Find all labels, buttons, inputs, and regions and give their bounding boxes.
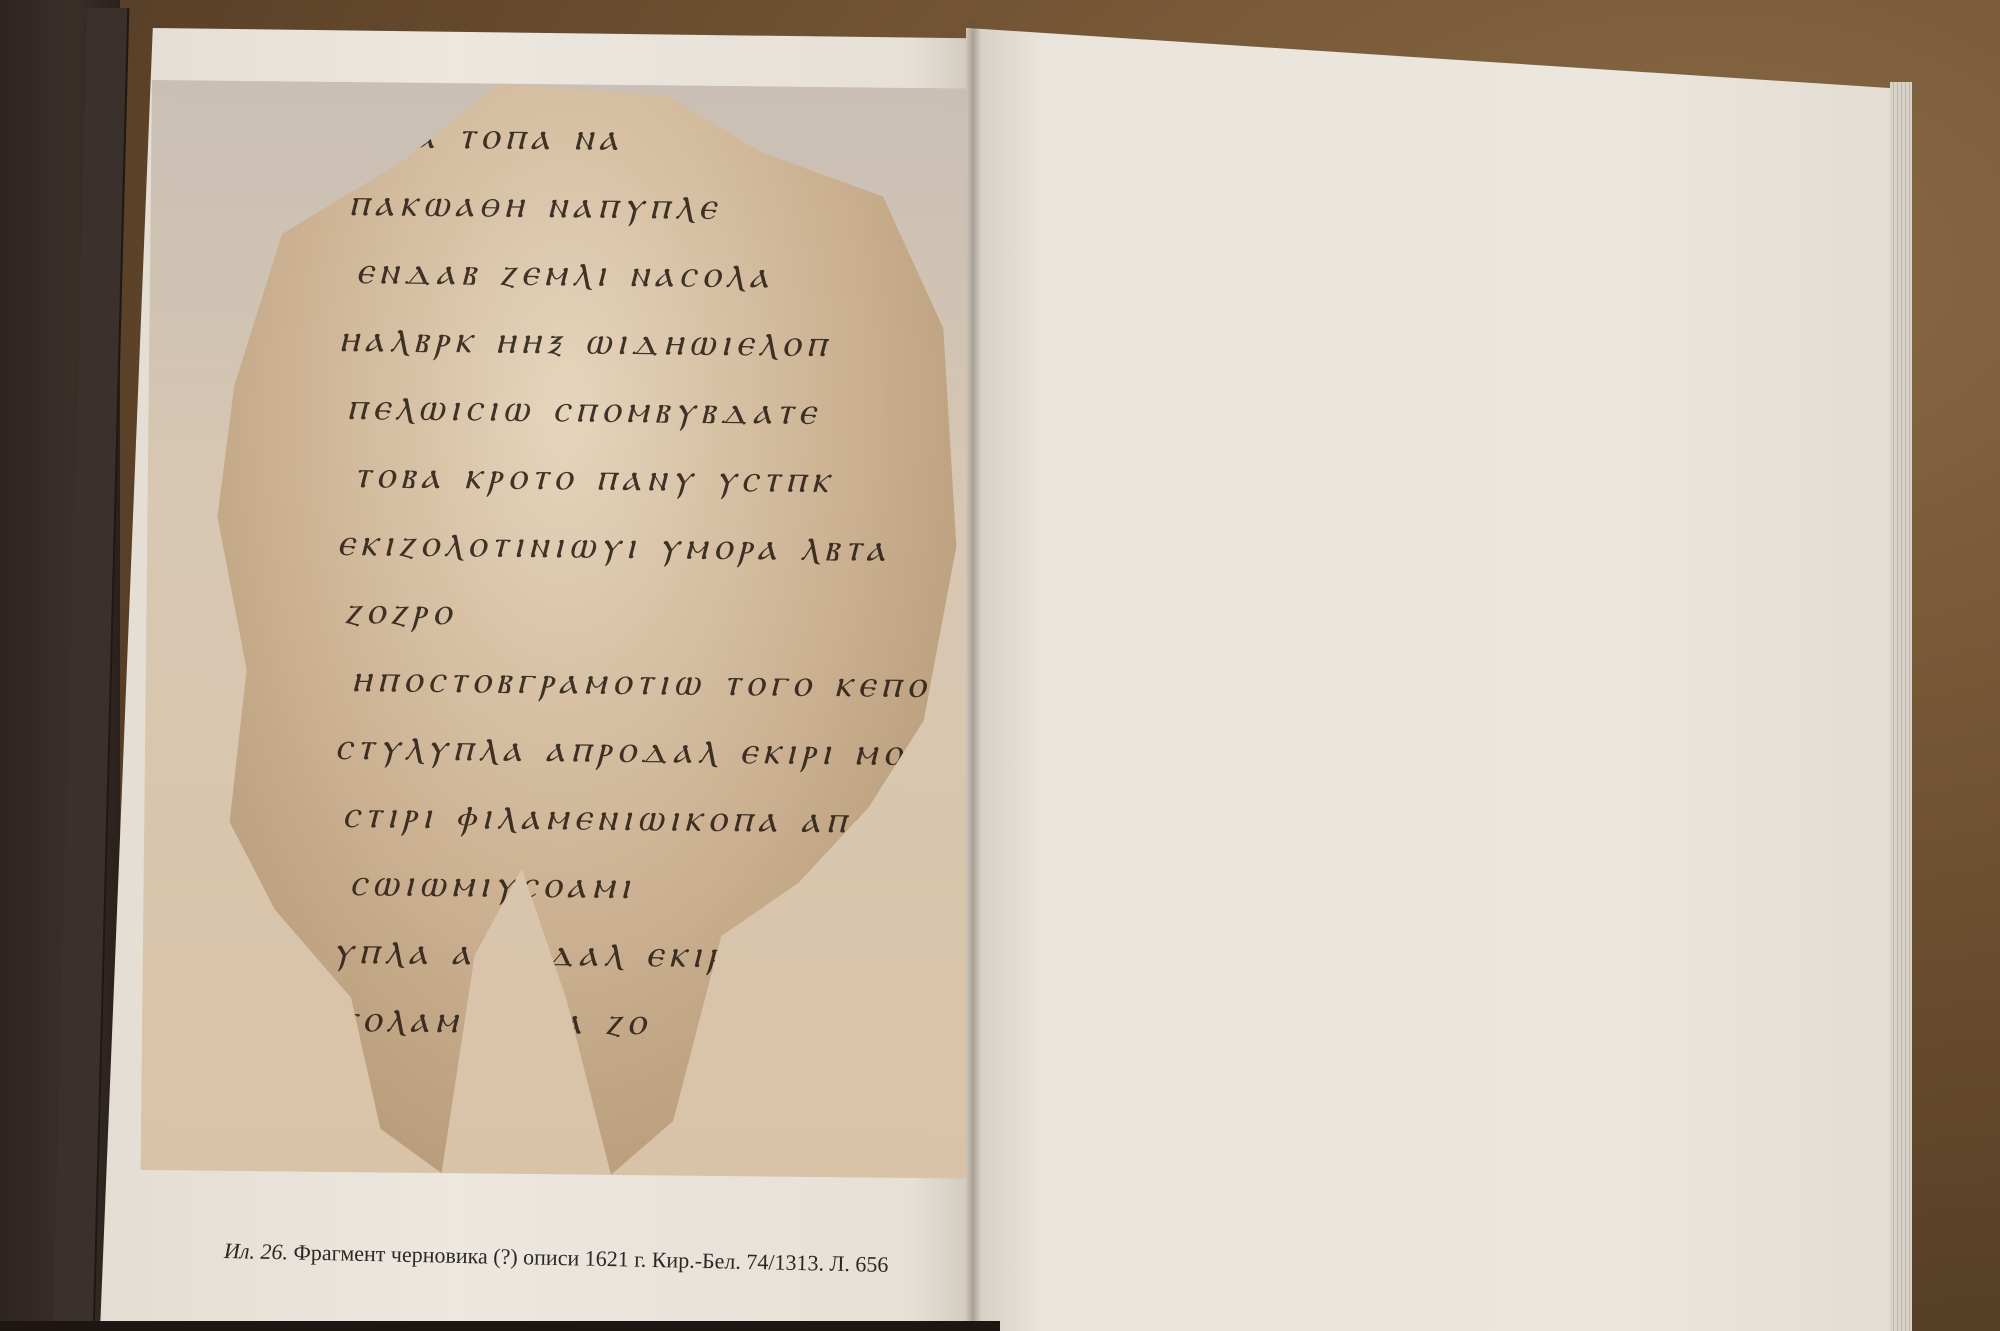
manuscript-line: ⲧⲟⲗⲁⲙⲓ ⲗⲃⲧⲁ ⲍⲟ	[212, 995, 982, 1048]
manuscript-line: ⲙⲟⲧⲁ ⲧⲟⲡⲁ ⲛⲁ	[221, 111, 991, 164]
manuscript-line: ⲏⲁⲗⲃⲣⲕ ⲏⲏⲝ ⲱⲓⲇⲏⲱⲓⲉⲗⲟⲡ	[219, 315, 989, 368]
manuscript-line: ⲍⲟⲍⲣⲟ	[216, 587, 986, 640]
left-page: ⲙⲟⲧⲁ ⲧⲟⲡⲁ ⲛⲁⲡⲁⲕⲱⲁⲑⲏ ⲛⲁⲡⲩⲡⲗⲉⲉⲛⲇⲁⲃ ⲍⲉⲙⲗⲓ ⲛ…	[100, 28, 980, 1331]
manuscript-line: ⲥⲧⲩⲗⲩⲡⲗⲁ ⲁⲡⲣⲟⲇⲁⲗ ⲉⲕⲓⲣⲓ ⲙⲟⲛⲟ	[215, 723, 985, 776]
caption-26-prefix: Ил. 26.	[224, 1238, 288, 1264]
illustration-27-plate: ⲓⲕⲟⲛ ⲙⲏⲏ ⲕⲁⲛⲁⲙⲱⲛⲁⲙⲓ ⲧⲟⲣⲓⲙⲱⲩⲭⲁ ⲡⲣⲟⲇⲁⲭ ⲕⲓⲣ…	[1956, 78, 2000, 1223]
page-block-edge	[1890, 82, 1912, 1331]
manuscript-line: ⲉⲛⲇⲁⲃ ⲍⲉⲙⲗⲓ ⲛⲁⲥⲟⲗⲁ	[220, 247, 990, 300]
manuscript-line: ⲥⲧⲓⲣⲓ ⲫⲓⲗⲁⲙⲉⲛⲓⲱⲓⲕⲟⲡⲁ ⲁⲡⲟⲣ	[214, 791, 984, 844]
manuscript-line: ⲡⲁⲕⲱⲁⲑⲏ ⲛⲁⲡⲩⲡⲗⲉ	[220, 179, 990, 232]
manuscript-line: ⲡⲉⲗⲱⲓⲥⲓⲱ ⲥⲡⲟⲙⲃⲩⲃⲇⲁⲧⲉ	[218, 383, 988, 436]
manuscript-line: ⲥⲱⲓⲱⲙⲓⲩⲥⲟⲁⲙⲓ	[213, 859, 983, 912]
caption-ill-26: Ил. 26. Фрагмент черновика (?) описи 162…	[224, 1238, 889, 1278]
caption-26-text: Фрагмент черновика (?) описи 1621 г. Кир…	[293, 1239, 888, 1276]
bottom-shadow	[0, 1321, 1000, 1331]
manuscript-line: ⲩⲡⲗⲁ ⲁⲡⲣⲟⲇⲁⲗ ⲉⲕⲓⲣⲓⲗⲟ ⲙⲟ	[213, 927, 983, 980]
book-gutter	[965, 20, 981, 1331]
manuscript-fragment-recto: ⲙⲟⲧⲁ ⲧⲟⲡⲁ ⲛⲁⲡⲁⲕⲱⲁⲑⲏ ⲛⲁⲡⲩⲡⲗⲉⲉⲛⲇⲁⲃ ⲍⲉⲙⲗⲓ ⲛ…	[211, 81, 992, 1179]
manuscript-handwriting: ⲙⲟⲧⲁ ⲧⲟⲡⲁ ⲛⲁⲡⲁⲕⲱⲁⲑⲏ ⲛⲁⲡⲩⲡⲗⲉⲉⲛⲇⲁⲃ ⲍⲉⲙⲗⲓ ⲛ…	[222, 81, 992, 89]
right-page: ⲓⲕⲟⲛ ⲙⲏⲏ ⲕⲁⲛⲁⲙⲱⲛⲁⲙⲓ ⲧⲟⲣⲓⲙⲱⲩⲭⲁ ⲡⲣⲟⲇⲁⲭ ⲕⲓⲣ…	[966, 20, 1910, 1331]
manuscript-line: ⲏⲡⲟⲥⲧⲟⲃⲅⲣⲁⲙⲟⲧⲓⲱ ⲧⲟⲅⲟ ⲕⲉⲡⲟⲣ	[216, 655, 986, 708]
manuscript-line: ⲧⲟⲃⲁ ⲕⲣⲟⲧⲟ ⲡⲁⲛⲩ ⲩⲥⲧⲡⲕ	[218, 451, 988, 504]
manuscript-line: ⲉⲕⲓⲍⲟⲗⲟⲧⲓⲛⲓⲱⲩⲓ ⲩⲙⲟⲣⲁ ⲗⲃⲧⲁ	[217, 519, 987, 572]
illustration-26-plate: ⲙⲟⲧⲁ ⲧⲟⲡⲁ ⲛⲁⲡⲁⲕⲱⲁⲑⲏ ⲛⲁⲡⲩⲡⲗⲉⲉⲛⲇⲁⲃ ⲍⲉⲙⲗⲓ ⲛ…	[141, 80, 1024, 1179]
